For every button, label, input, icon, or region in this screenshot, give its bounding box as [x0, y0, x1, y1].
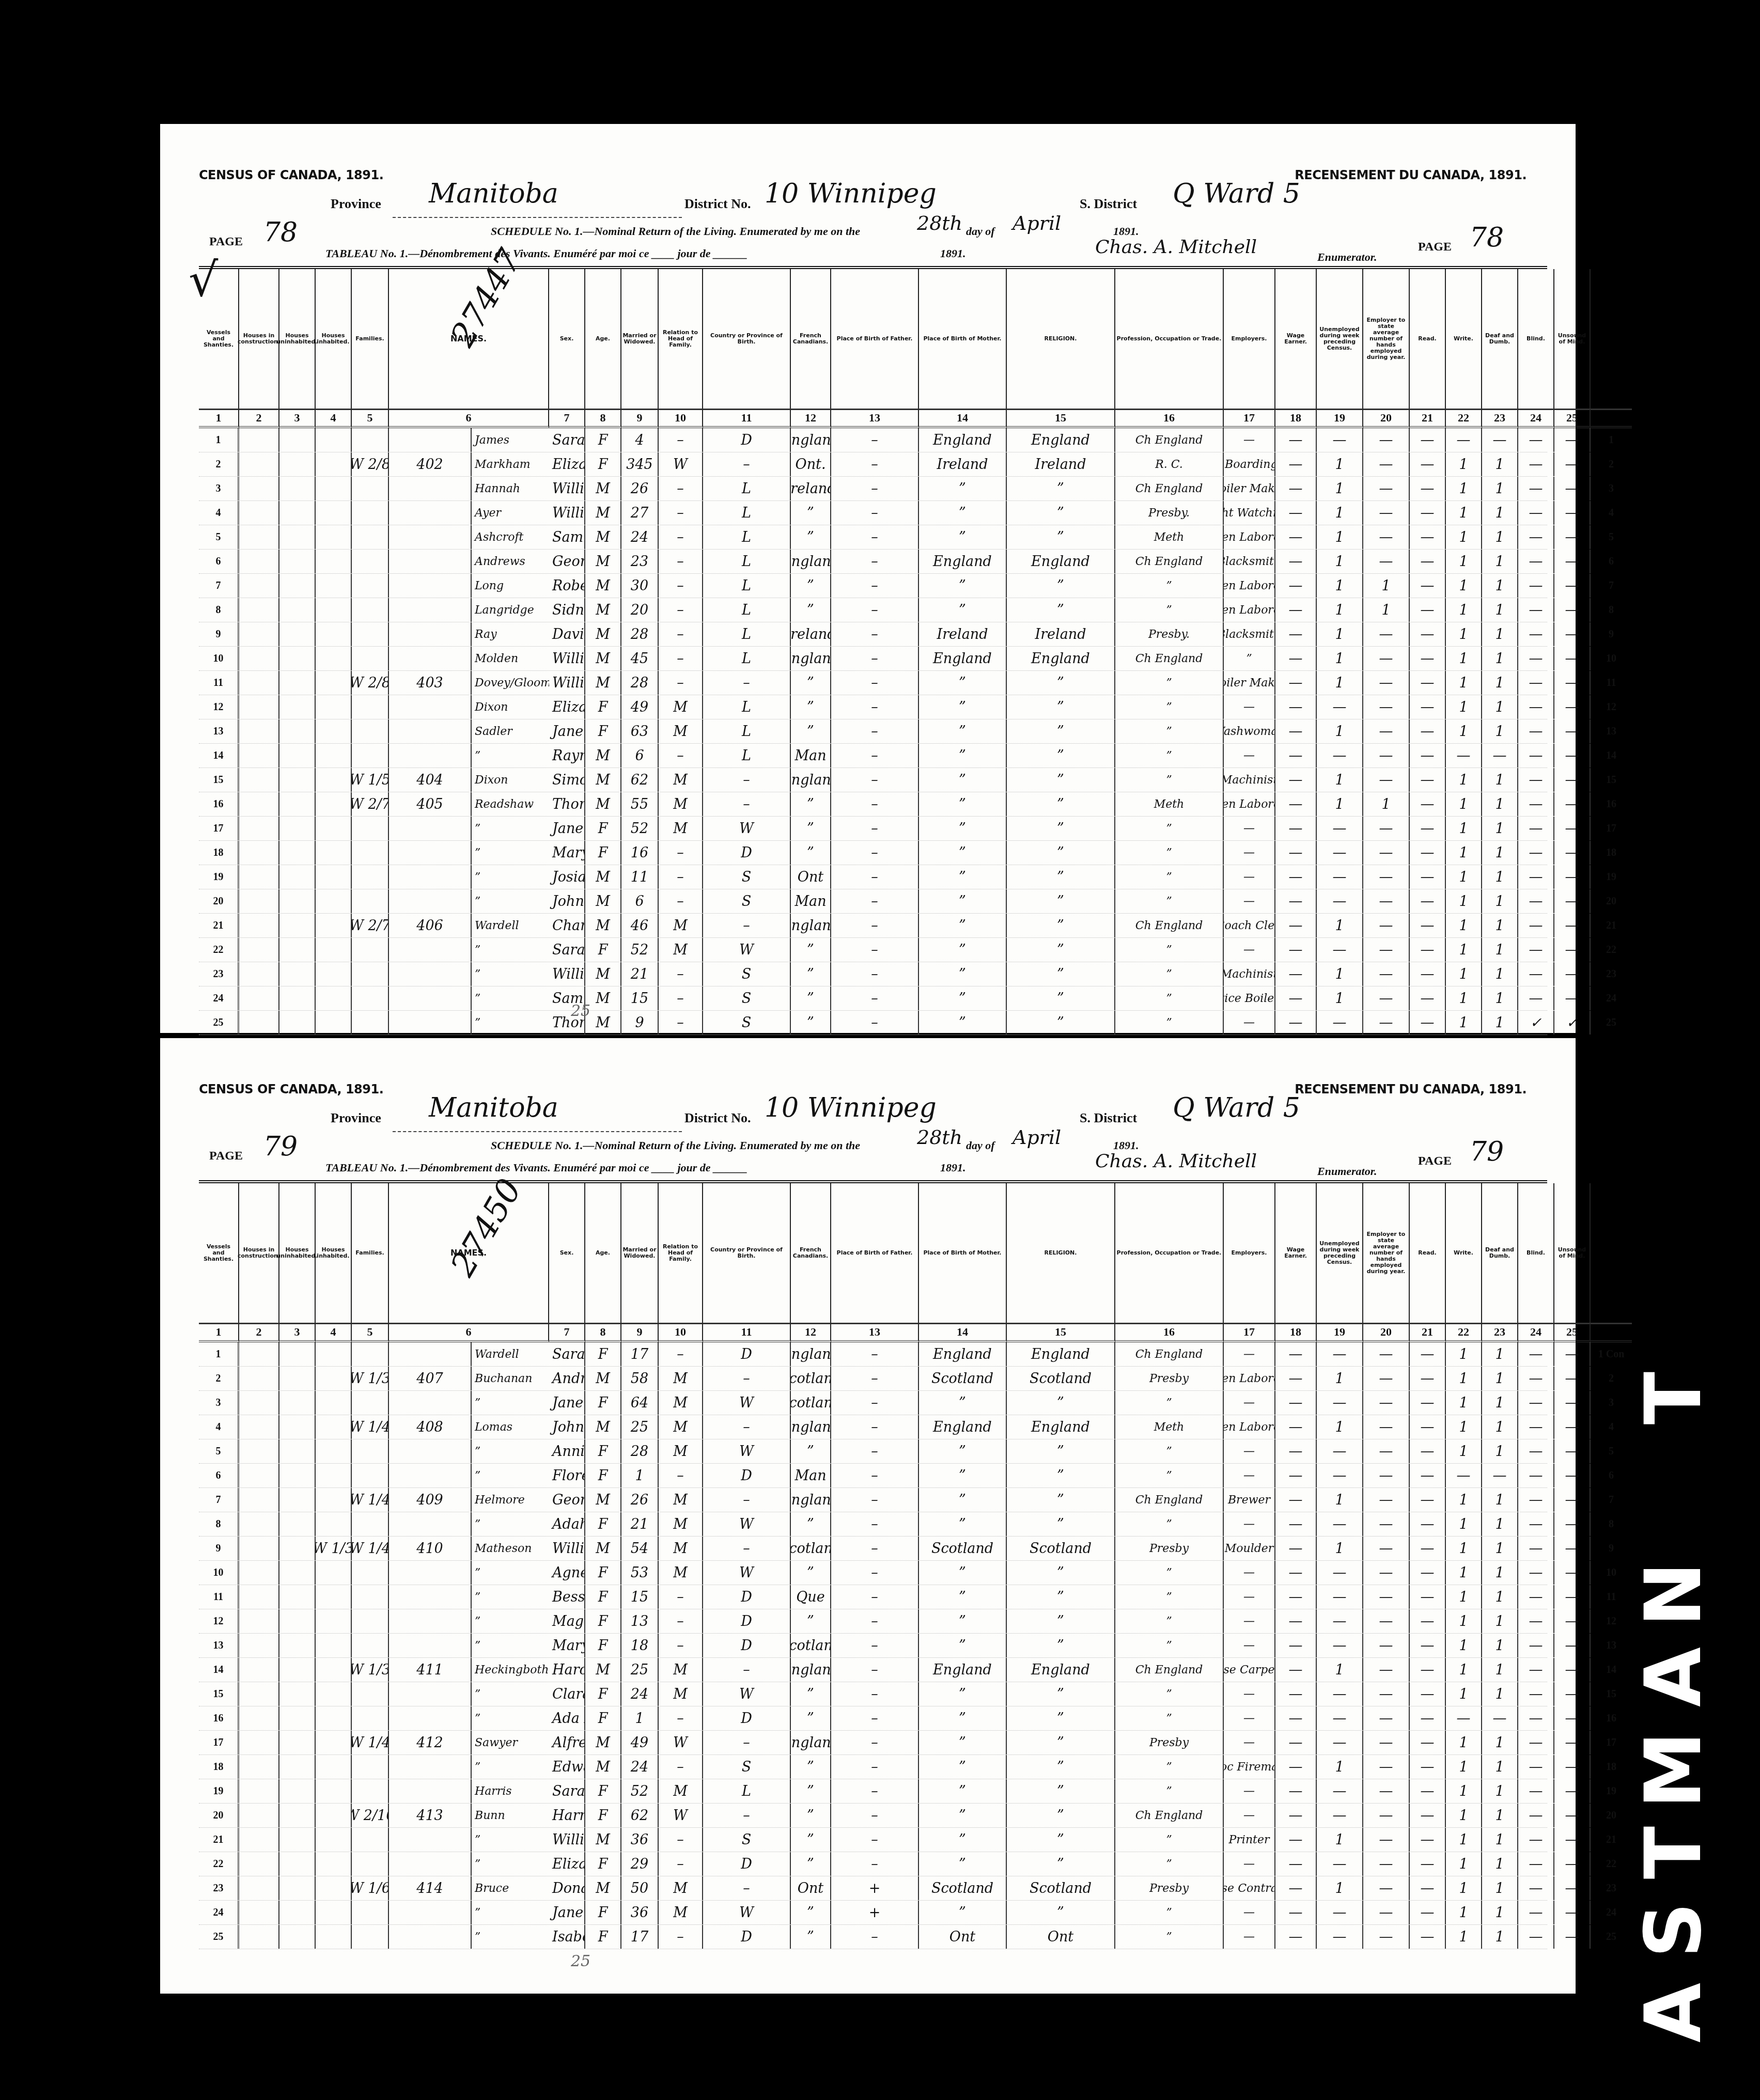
cell: 1 — [1446, 986, 1482, 1010]
col-header-20: Employer to state average number of hand… — [1363, 269, 1410, 409]
cell: — — [1363, 841, 1410, 865]
cell: 403 — [389, 671, 472, 695]
cell: 1 Con — [1591, 1342, 1632, 1366]
title-fr: RECENSEMENT DU CANADA, 1891. — [1295, 168, 1527, 182]
cell: — — [1554, 914, 1591, 937]
cell — [316, 525, 352, 549]
cell: — — [1554, 1561, 1591, 1585]
cell: – — [831, 865, 919, 889]
cell: – — [659, 1585, 703, 1609]
cell: 11 — [1591, 671, 1632, 695]
cell: W 2/7 — [352, 792, 389, 816]
cell: England — [1007, 1342, 1115, 1366]
table-row: 25”ThomasM9–S”–”””—————11✓✓25 — [199, 1011, 1547, 1035]
cell: 15 — [1591, 1682, 1632, 1706]
col-header-3: Houses uninhabited. — [279, 269, 316, 409]
cell — [389, 865, 472, 889]
cell: – — [703, 452, 791, 476]
cell: — — [1518, 1804, 1554, 1827]
cell: M — [659, 1779, 703, 1803]
cell: 413 — [389, 1804, 472, 1827]
cell: 11 — [199, 1585, 239, 1609]
col-header-9: Married or Widowed. — [621, 269, 659, 409]
cell — [316, 744, 352, 767]
col-num: 7 — [549, 1323, 585, 1342]
cell — [316, 986, 352, 1010]
col-header-1: Vessels and Shanties. — [199, 269, 239, 409]
cell: House Carpenter — [1224, 1658, 1275, 1682]
cell — [352, 986, 389, 1010]
cell: — — [1363, 1779, 1410, 1803]
cell: Jane — [549, 817, 585, 840]
cell: ” — [1115, 1706, 1224, 1730]
cell — [316, 598, 352, 622]
cell: ” — [1007, 525, 1115, 549]
cell — [389, 1828, 472, 1852]
brand-letter: T — [1629, 1352, 1719, 1445]
cell: Presby. — [1115, 622, 1224, 646]
cell: — — [1554, 622, 1591, 646]
cell: England — [791, 550, 831, 573]
cell — [316, 1852, 352, 1876]
cell: — — [1518, 1876, 1554, 1900]
cell: – — [831, 986, 919, 1010]
table-row: 1WardellSarah HF17–DEngland–EnglandEngla… — [199, 1342, 1547, 1367]
cell — [316, 1342, 352, 1366]
cell: ” — [791, 719, 831, 743]
cell: — — [1554, 1731, 1591, 1754]
cell: ” — [919, 1464, 1007, 1487]
cell: — — [1224, 1901, 1275, 1924]
cell: — — [1224, 817, 1275, 840]
cell: Ont. — [791, 452, 831, 476]
cell: — — [1410, 1731, 1446, 1754]
cell: 9 — [1591, 622, 1632, 646]
table-row: 17”JaneF52MW”–”””—————11——17 — [199, 817, 1547, 841]
cell: Ireland — [1007, 622, 1115, 646]
col-num: 23 — [1482, 1323, 1518, 1342]
cell — [316, 817, 352, 840]
cell: Markham — [472, 452, 549, 476]
cell: — — [1224, 865, 1275, 889]
cell: — — [1554, 1415, 1591, 1439]
cell: 23 — [621, 550, 659, 573]
cell: M — [585, 768, 621, 792]
cell: M — [659, 1561, 703, 1585]
cell: 1 — [1482, 1512, 1518, 1536]
cell: 28 — [621, 1439, 659, 1463]
cell: — — [1554, 1876, 1591, 1900]
cell: – — [831, 525, 919, 549]
cell: Ont — [919, 1925, 1007, 1949]
col-header-12: French Canadians. — [791, 1183, 831, 1323]
cell: – — [659, 962, 703, 986]
col-num: 10 — [659, 409, 703, 428]
cell: – — [703, 1804, 791, 1827]
cell — [389, 1706, 472, 1730]
cell: ” — [1007, 914, 1115, 937]
cell: ” — [791, 962, 831, 986]
cell: Sarah H — [549, 938, 585, 962]
cell: Boiler Maker — [1224, 671, 1275, 695]
cell: L — [703, 550, 791, 573]
cell: — — [1224, 1391, 1275, 1415]
cell: M — [585, 1658, 621, 1682]
cell: M — [585, 986, 621, 1010]
cell: — — [1363, 914, 1410, 937]
cell — [389, 1755, 472, 1779]
cell: — — [1518, 986, 1554, 1010]
col-header-24: Blind. — [1518, 1183, 1554, 1323]
cell: 25 — [1591, 1011, 1632, 1035]
cell: 1 — [1482, 889, 1518, 913]
cell: M — [585, 962, 621, 986]
table-body: 1JamesSarah VF4–DEngland–EnglandEnglandC… — [199, 428, 1547, 1035]
cell — [316, 938, 352, 962]
cell: – — [831, 962, 919, 986]
cell: L — [703, 574, 791, 598]
col-header-15: RELIGION. — [1007, 1183, 1115, 1323]
cell: ” — [1115, 1609, 1224, 1633]
cell: 2 — [199, 452, 239, 476]
cell: 16 — [1591, 1706, 1632, 1730]
cell — [279, 1755, 316, 1779]
cell: ” — [1007, 1852, 1115, 1876]
cell: – — [831, 744, 919, 767]
cell: 26 — [621, 1488, 659, 1512]
cell: S — [703, 962, 791, 986]
province-underline — [393, 217, 682, 218]
table-row: 23”WilliamM21–S”–”””Machinist—1——11——23 — [199, 962, 1547, 986]
cell: 14 — [1591, 744, 1632, 767]
table-row: 12DixonElizabethF49ML”–”””—————11——12 — [199, 695, 1547, 719]
cell: England — [791, 647, 831, 670]
cell — [279, 671, 316, 695]
page-total: 25 — [571, 1952, 590, 1970]
cell: 1 — [1482, 452, 1518, 476]
cell: — — [1554, 1512, 1591, 1536]
cell: ” — [472, 744, 549, 767]
cell: Harris — [472, 1779, 549, 1803]
cell: Scotland — [1007, 1367, 1115, 1390]
cell: — — [1410, 1925, 1446, 1949]
cell: D — [703, 1585, 791, 1609]
cell: – — [659, 986, 703, 1010]
cell: — — [1275, 1828, 1317, 1852]
cell: 21 — [1591, 914, 1632, 937]
enumerator-name: Chas. A. Mitchell — [1095, 1151, 1257, 1172]
cell: — — [1518, 1585, 1554, 1609]
cell: M — [659, 1415, 703, 1439]
cell: — — [1554, 1901, 1591, 1924]
table-row: 4AyerWilliamM27–L”–””Presby.Night Watchm… — [199, 501, 1547, 525]
cell: — — [1363, 525, 1410, 549]
cell — [239, 477, 279, 500]
cell: — — [1518, 622, 1554, 646]
cell: ” — [919, 525, 1007, 549]
cell: — — [1224, 1342, 1275, 1366]
cell: — — [1554, 1852, 1591, 1876]
cell: — — [1275, 1682, 1317, 1706]
cell: ” — [472, 1011, 549, 1035]
census-page-79: CENSUS OF CANADA, 1891. RECENSEMENT DU C… — [160, 1038, 1576, 1994]
cell: — — [1518, 1488, 1554, 1512]
cell — [239, 501, 279, 525]
cell: 1 — [1482, 1011, 1518, 1035]
cell: Matheson — [472, 1537, 549, 1560]
cell: — — [1317, 1731, 1363, 1754]
cell: – — [831, 695, 919, 719]
cell: — — [1224, 1464, 1275, 1487]
col-num: 13 — [831, 409, 919, 428]
cell: 1 — [1317, 914, 1363, 937]
cell: 17 — [199, 1731, 239, 1754]
enum-day: 28th — [917, 212, 962, 234]
cell: — — [1410, 501, 1446, 525]
cell — [352, 744, 389, 767]
cell: Ch England — [1115, 1804, 1224, 1827]
cell: 11 — [1591, 1585, 1632, 1609]
enumerator-label: Enumerator. — [1317, 250, 1377, 264]
cell: 52 — [621, 938, 659, 962]
cell: — — [1554, 1342, 1591, 1366]
table-row: 5”AnnieF28MW”–”””—————11——5 — [199, 1439, 1547, 1464]
cell: — — [1410, 574, 1446, 598]
cell: Sarah H — [549, 1342, 585, 1366]
cell: M — [585, 889, 621, 913]
cell: Agnes — [549, 1561, 585, 1585]
province-value: Manitoba — [429, 1092, 558, 1123]
cell: — — [1410, 962, 1446, 986]
cell: ” — [1115, 1634, 1224, 1657]
table-row: 13SadlerJaneF63ML”–”””Washwoman—1——11——1… — [199, 719, 1547, 744]
cell: — — [1275, 1367, 1317, 1390]
census-table: Vessels and Shanties. Houses in construc… — [199, 1180, 1547, 1949]
cell: ” — [1115, 1585, 1224, 1609]
cell: 1 — [1482, 1342, 1518, 1366]
cell: — — [1518, 452, 1554, 476]
cell: – — [659, 1011, 703, 1035]
cell: — — [1410, 1585, 1446, 1609]
cell: 411 — [389, 1658, 472, 1682]
table-row: 24”SamuelM15–S”–”””Apprentice Boiler Mak… — [199, 986, 1547, 1011]
cell: Ada M — [549, 1706, 585, 1730]
cell: 1 — [1446, 1755, 1482, 1779]
cell: ” — [919, 817, 1007, 840]
cell: 1 — [1482, 550, 1518, 573]
cell: — — [1554, 574, 1591, 598]
cell — [279, 1901, 316, 1924]
cell: — — [1410, 1439, 1446, 1463]
cell: 9 — [1591, 1537, 1632, 1560]
cell — [389, 598, 472, 622]
cell: — — [1363, 452, 1410, 476]
cell: – — [831, 768, 919, 792]
col-num: 4 — [316, 1323, 352, 1342]
cell: 1 — [1317, 986, 1363, 1010]
cell: W — [659, 452, 703, 476]
cell: — — [1363, 889, 1410, 913]
cell: Wardell — [472, 914, 549, 937]
cell: W — [703, 1391, 791, 1415]
cell: 22 — [1591, 938, 1632, 962]
cell — [239, 744, 279, 767]
schedule-text: SCHEDULE No. 1.—Nominal Return of the Li… — [491, 1139, 860, 1152]
cell: F — [585, 1779, 621, 1803]
cell: – — [831, 477, 919, 500]
cell: 1 — [1482, 1828, 1518, 1852]
cell: — — [1410, 428, 1446, 452]
cell: W — [659, 1804, 703, 1827]
cell: — — [1554, 865, 1591, 889]
cell: ” — [1007, 574, 1115, 598]
cell: — — [1518, 501, 1554, 525]
cell: 1 — [1482, 1731, 1518, 1754]
cell: 414 — [389, 1876, 472, 1900]
cell: ” — [1007, 792, 1115, 816]
cell: – — [831, 1706, 919, 1730]
cell: M — [585, 914, 621, 937]
cell: — — [1410, 477, 1446, 500]
cell: Washwoman — [1224, 719, 1275, 743]
table-row: 14W 1/3411HeckingbothamHaroldM25M–Englan… — [199, 1658, 1547, 1682]
cell: 1 — [1317, 574, 1363, 598]
cell: – — [659, 1609, 703, 1633]
cell: 1 — [1446, 1439, 1482, 1463]
cell: — — [1275, 1537, 1317, 1560]
cell: L — [703, 719, 791, 743]
cell: — — [1275, 574, 1317, 598]
cell: — — [1224, 1706, 1275, 1730]
cell: Donald — [549, 1876, 585, 1900]
brand-letter: A — [1629, 1966, 1719, 2059]
col-num: 16 — [1115, 1323, 1224, 1342]
cell: — — [1410, 1876, 1446, 1900]
cell: ” — [1007, 1634, 1115, 1657]
cell: — — [1317, 1634, 1363, 1657]
table-row: 19HarrisSarahF52ML”–”””—————11——19 — [199, 1779, 1547, 1804]
cell: — — [1518, 1682, 1554, 1706]
cell — [239, 1706, 279, 1730]
cell — [279, 695, 316, 719]
cell: ” — [472, 1925, 549, 1949]
cell — [316, 914, 352, 937]
cell — [352, 938, 389, 962]
cell: — — [1518, 865, 1554, 889]
enum-day: 28th — [917, 1126, 962, 1149]
cell: W — [703, 1901, 791, 1924]
cell: — — [1518, 1561, 1554, 1585]
cell: 1 — [1482, 1901, 1518, 1924]
cell: M — [659, 1367, 703, 1390]
cell — [239, 1512, 279, 1536]
cell: — — [1363, 962, 1410, 986]
cell: – — [831, 1464, 919, 1487]
cell: — — [1554, 598, 1591, 622]
cell — [279, 1852, 316, 1876]
cell: – — [831, 1779, 919, 1803]
sdistrict-value: Q Ward 5 — [1173, 178, 1300, 209]
cell: — — [1518, 719, 1554, 743]
cell: ” — [1007, 477, 1115, 500]
cell: F — [585, 1804, 621, 1827]
cell: – — [831, 452, 919, 476]
cell: F — [585, 1682, 621, 1706]
col-num: 21 — [1410, 409, 1446, 428]
cell: 11 — [621, 865, 659, 889]
cell — [239, 962, 279, 986]
day-of-label: day of — [966, 225, 995, 238]
cell: Man — [791, 744, 831, 767]
cell: Ireland — [791, 477, 831, 500]
cell: — — [1518, 1464, 1554, 1487]
cell: — — [1518, 744, 1554, 767]
cell: 9 — [199, 622, 239, 646]
cell: M — [659, 1439, 703, 1463]
cell: ” — [791, 792, 831, 816]
cell: ” — [1115, 1682, 1224, 1706]
table-row: 21”WilliamM36–S”–”””Printer—1——11——21 — [199, 1828, 1547, 1852]
cell: 6 — [199, 1464, 239, 1487]
page-label: PAGE — [209, 1149, 243, 1163]
cell: 1 — [1317, 452, 1363, 476]
cell: 1 — [1317, 1415, 1363, 1439]
cell — [239, 1439, 279, 1463]
cell: 2 — [1591, 452, 1632, 476]
cell — [389, 550, 472, 573]
cell: M — [585, 792, 621, 816]
cell: – — [659, 647, 703, 670]
cell: 410 — [389, 1537, 472, 1560]
cell: — — [1224, 889, 1275, 913]
cell: — — [1410, 622, 1446, 646]
cell: – — [659, 477, 703, 500]
col-header-17: Employers. — [1224, 1183, 1275, 1323]
cell: — — [1518, 914, 1554, 937]
cell: ” — [1115, 865, 1224, 889]
cell — [316, 1779, 352, 1803]
cell — [279, 1488, 316, 1512]
cell — [316, 671, 352, 695]
province-underline — [393, 1131, 682, 1132]
table-row: 22”ElizabethF29–D”–”””—————11——22 — [199, 1852, 1547, 1876]
cell: F — [585, 938, 621, 962]
cell: – — [703, 792, 791, 816]
cell: — — [1482, 1706, 1518, 1730]
cell: ” — [472, 1585, 549, 1609]
cell: England — [919, 550, 1007, 573]
cell: 4 — [621, 428, 659, 452]
cell: ” — [1115, 1901, 1224, 1924]
cell — [352, 1011, 389, 1035]
cell — [316, 1415, 352, 1439]
cell: Presby — [1115, 1537, 1224, 1560]
cell: — — [1518, 768, 1554, 792]
cell: L — [703, 695, 791, 719]
cell: 1 — [1482, 792, 1518, 816]
cell: John B. — [549, 889, 585, 913]
cell — [352, 550, 389, 573]
cell: — — [1518, 889, 1554, 913]
cell — [316, 1464, 352, 1487]
cell: ” — [919, 1585, 1007, 1609]
col-num: 11 — [703, 1323, 791, 1342]
cell — [279, 452, 316, 476]
col-num: 1 — [199, 409, 239, 428]
cell: M — [585, 501, 621, 525]
cell — [316, 1561, 352, 1585]
col-header-8: Age. — [585, 269, 621, 409]
